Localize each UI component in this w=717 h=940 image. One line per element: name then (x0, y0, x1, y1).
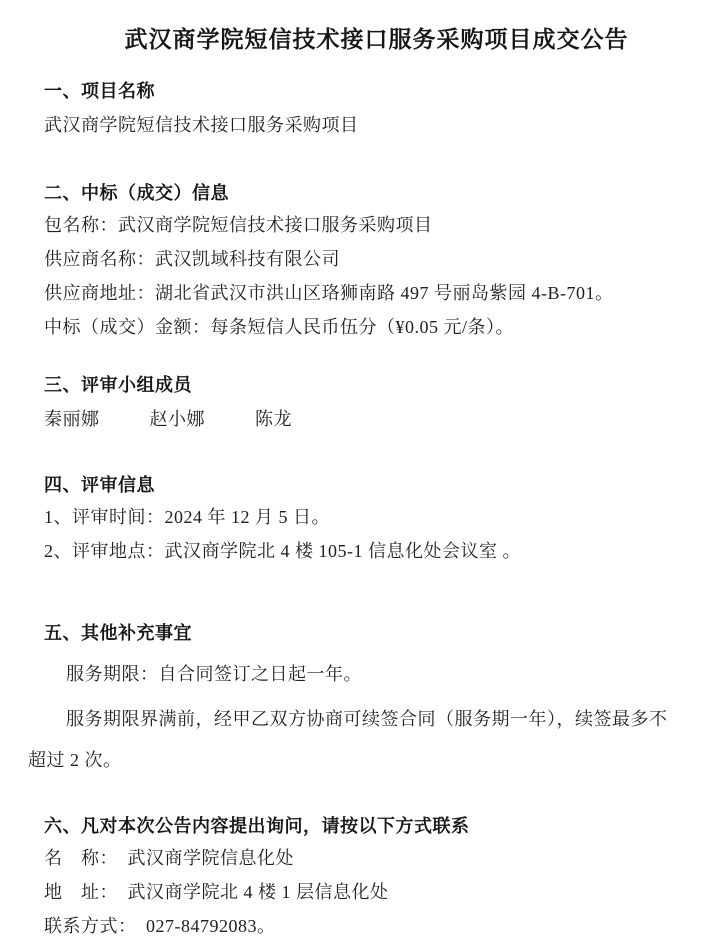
award-amount-line: 中标（成交）金额：每条短信人民币伍分（¥0.05 元/条）。 (44, 310, 691, 344)
document-body: 武汉商学院短信技术接口服务采购项目成交公告 一、项目名称 武汉商学院短信技术接口… (0, 0, 717, 940)
document-title: 武汉商学院短信技术接口服务采购项目成交公告 (18, 24, 717, 54)
section-1-heading: 一、项目名称 (44, 76, 691, 106)
section-4-heading: 四、评审信息 (44, 470, 691, 500)
service-term-line: 服务期限：自合同签订之日起一年。 (66, 654, 691, 695)
contact-phone-line: 联系方式： 027-84792083。 (44, 909, 691, 940)
review-members-row: 秦丽娜 赵小娜 陈龙 (44, 402, 691, 436)
member-name: 陈龙 (255, 402, 292, 436)
supplier-address-line: 供应商地址：湖北省武汉市洪山区珞狮南路 497 号丽岛紫园 4-B-701。 (44, 276, 691, 310)
member-name: 秦丽娜 (44, 402, 100, 436)
review-location-line: 2、评审地点：武汉商学院北 4 楼 105-1 信息化处会议室 。 (44, 534, 691, 568)
review-time-line: 1、评审时间：2024 年 12 月 5 日。 (44, 500, 691, 534)
renewal-terms-line-2: 超过 2 次。 (28, 740, 691, 781)
contact-name-line: 名 称： 武汉商学院信息化处 (44, 841, 691, 875)
section-2-heading: 二、中标（成交）信息 (44, 178, 691, 208)
contact-address-line: 地 址： 武汉商学院北 4 楼 1 层信息化处 (44, 875, 691, 909)
project-name-text: 武汉商学院短信技术接口服务采购项目 (44, 108, 691, 142)
supplier-name-line: 供应商名称：武汉凯域科技有限公司 (44, 242, 691, 276)
section-5-heading: 五、其他补充事宜 (44, 618, 691, 648)
section-6-heading: 六、凡对本次公告内容提出询问，请按以下方式联系 (44, 811, 691, 841)
section-3-heading: 三、评审小组成员 (44, 370, 691, 400)
announcement-page: 武汉商学院短信技术接口服务采购项目成交公告 一、项目名称 武汉商学院短信技术接口… (0, 0, 717, 940)
package-name-line: 包名称：武汉商学院短信技术接口服务采购项目 (44, 208, 691, 242)
member-name: 赵小娜 (150, 402, 206, 436)
renewal-terms-line-1: 服务期限界满前，经甲乙双方协商可续签合同（服务期一年），续签最多不 (66, 699, 691, 740)
